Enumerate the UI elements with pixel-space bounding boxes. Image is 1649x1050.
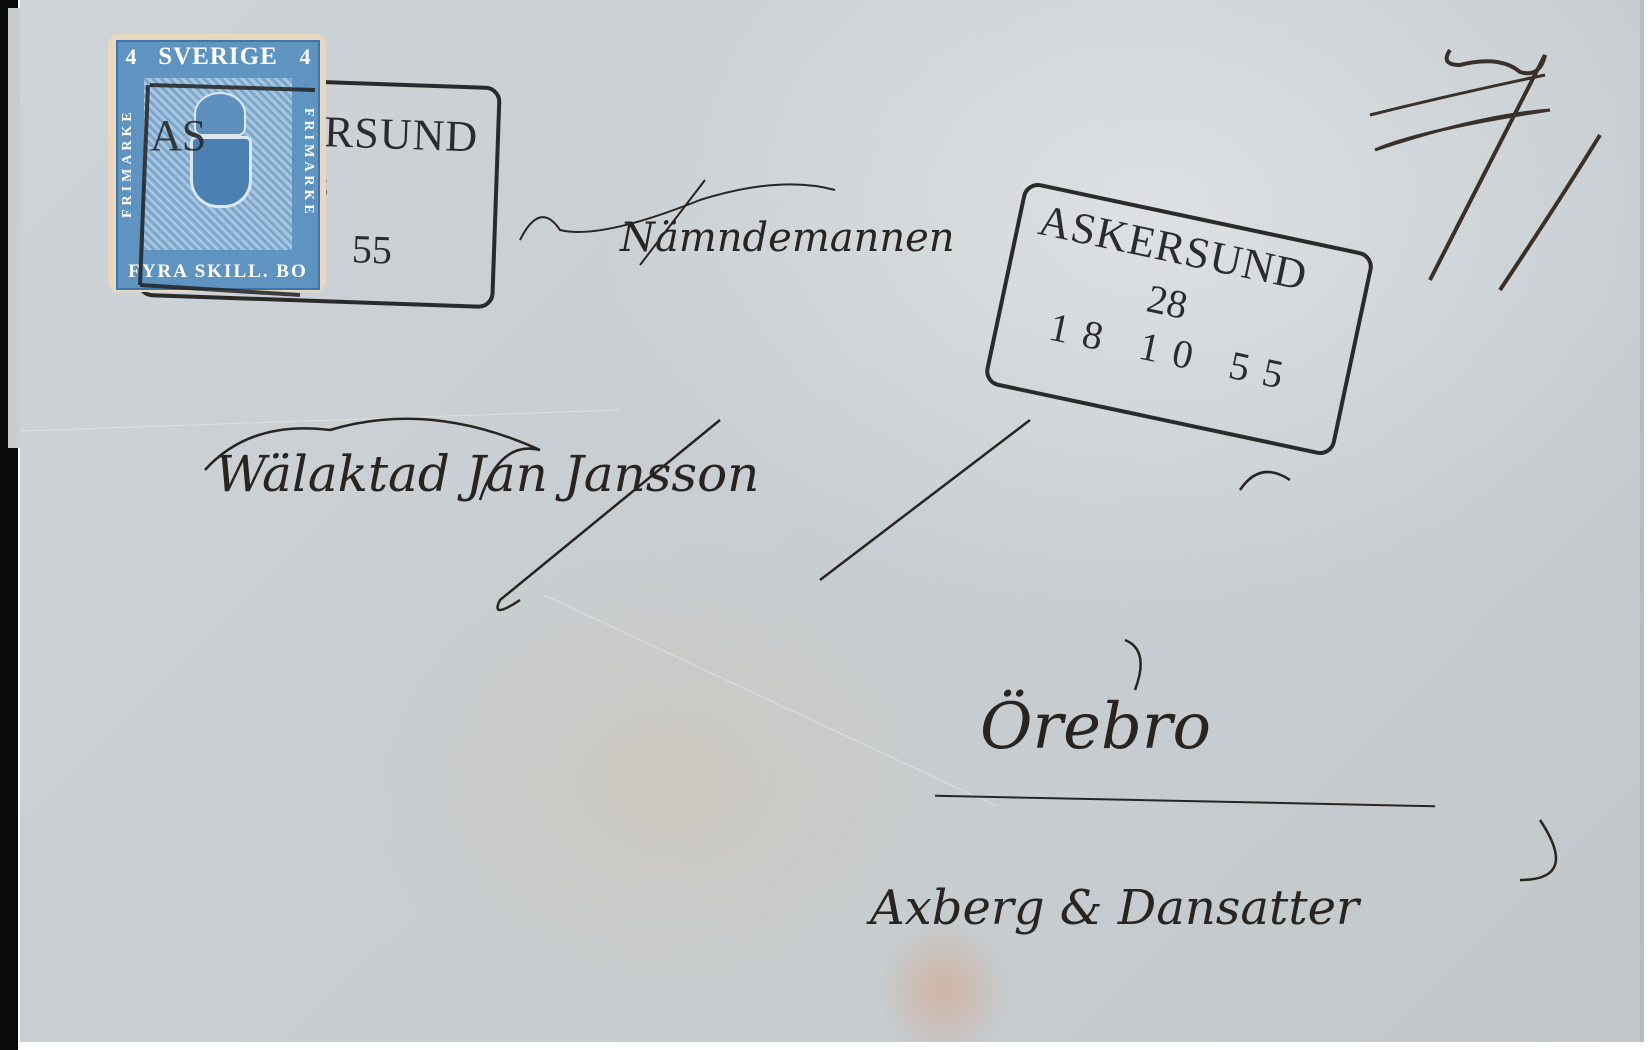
address-city: Örebro [980, 690, 1211, 764]
flourish [0, 0, 1649, 1050]
address-line-2: Wälaktad Jan Jansson [215, 445, 759, 503]
address-line-4: Axberg & Dansatter [870, 880, 1359, 936]
